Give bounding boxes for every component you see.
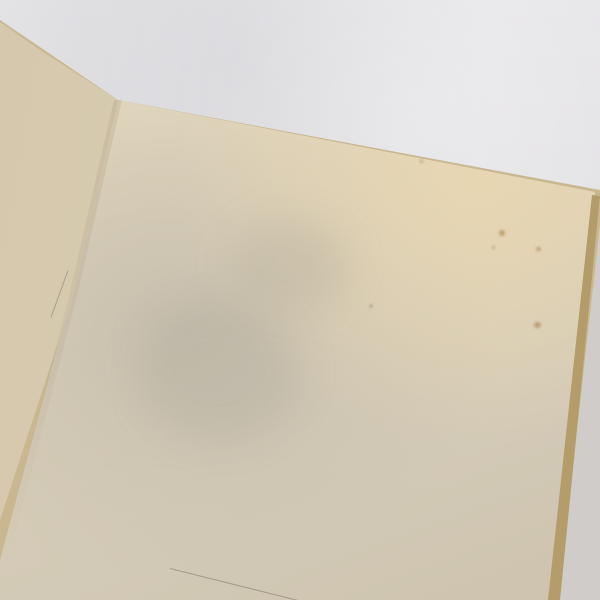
page-stain: [230, 220, 350, 310]
foxing-spot: [370, 305, 372, 307]
page-stain: [140, 300, 300, 440]
foxing-spot: [534, 322, 541, 328]
book-photo: [0, 0, 600, 600]
foxing-spot: [499, 230, 505, 236]
foxing-spot: [536, 247, 541, 251]
foxing-spot: [420, 160, 423, 163]
foxing-spot: [492, 246, 495, 249]
